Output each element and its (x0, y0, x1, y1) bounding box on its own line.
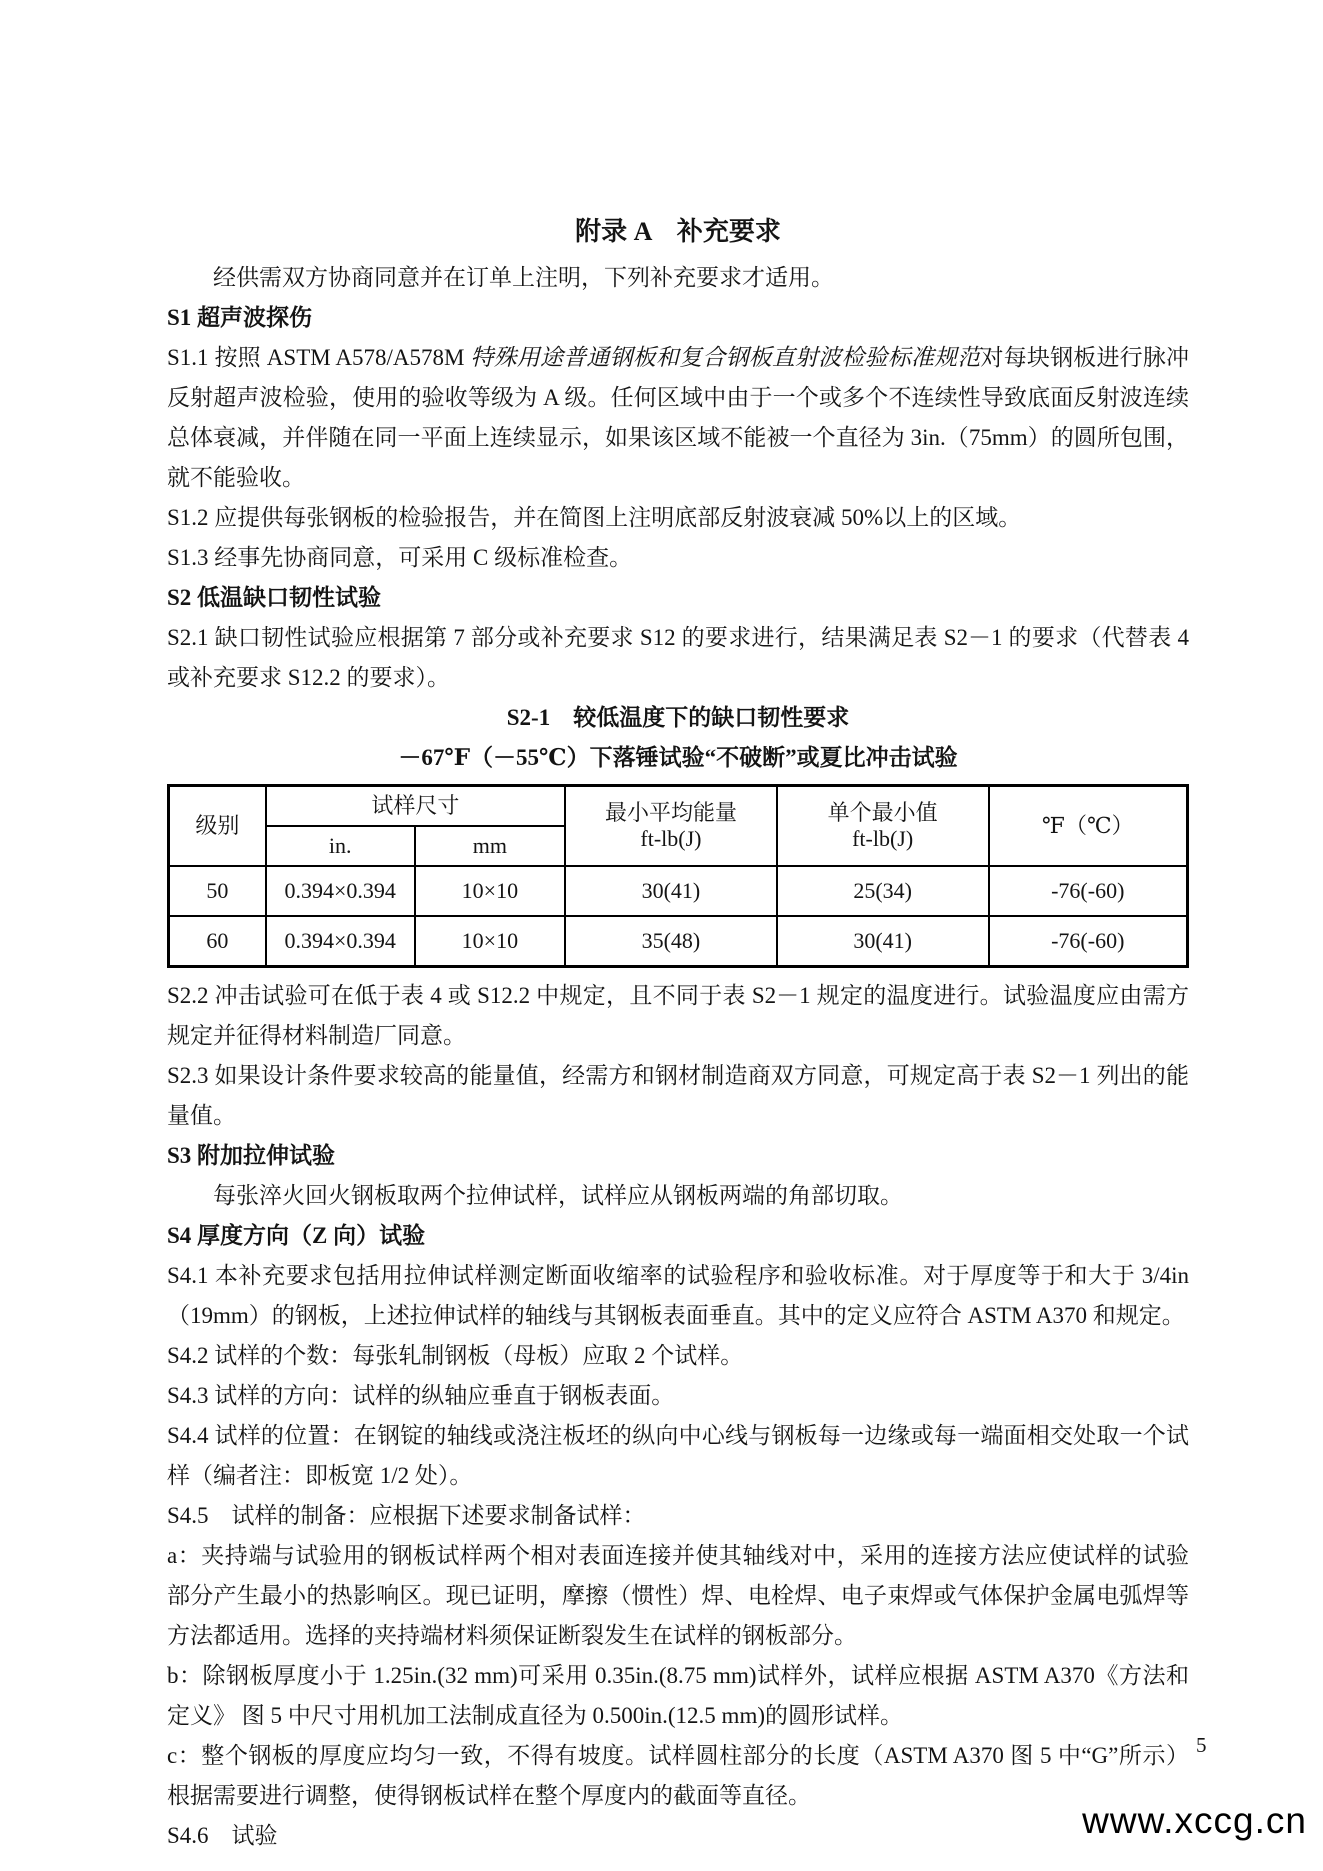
paragraph-s4-5-b: b：除钢板厚度小于 1.25in.(32 mm)可采用 0.35in.(8.75… (167, 1656, 1189, 1736)
header-single-min-line1: 单个最小值 (780, 800, 986, 826)
header-single-min: 单个最小值 ft-lb(J) (777, 786, 989, 866)
heading-s4: S4 厚度方向（Z 向）试验 (167, 1216, 1189, 1256)
paragraph-s4-6: S4.6 试验 (167, 1816, 1189, 1856)
page-number: 5 (1196, 1733, 1207, 1758)
watermark-url: www.xccg.cn (1082, 1800, 1307, 1842)
heading-s3: S3 附加拉伸试验 (167, 1136, 1189, 1176)
paragraph-s4-5-c: c：整个钢板的厚度应均匀一致，不得有坡度。试样圆柱部分的长度（ASTM A370… (167, 1736, 1189, 1816)
cell-grade: 60 (169, 916, 266, 967)
header-size-in: in. (266, 826, 415, 866)
table-row-grade-50: 50 0.394×0.394 10×10 30(41) 25(34) -76(-… (169, 866, 1188, 916)
header-min-avg: 最小平均能量 ft-lb(J) (565, 786, 777, 866)
cell-single-min: 25(34) (777, 866, 989, 916)
header-single-min-line2: ft-lb(J) (780, 826, 986, 852)
paragraph-s4-2: S4.2 试样的个数：每张轧制钢板（母板）应取 2 个试样。 (167, 1336, 1189, 1376)
cell-temp: -76(-60) (989, 916, 1188, 967)
document-page: 附录 A 补充要求 经供需双方协商同意并在订单上注明，下列补充要求才适用。 S1… (0, 0, 1323, 1871)
table-subtitle: －67℉（－55℃）下落锤试验“不破断”或夏比冲击试验 (167, 738, 1189, 778)
page-title: 附录 A 补充要求 (167, 212, 1189, 252)
paragraph-s4-3: S4.3 试样的方向：试样的纵轴应垂直于钢板表面。 (167, 1376, 1189, 1416)
heading-s1: S1 超声波探伤 (167, 298, 1189, 338)
cell-size-mm: 10×10 (415, 916, 565, 967)
header-grade: 级别 (169, 786, 266, 866)
paragraph-s1-2: S1.2 应提供每张钢板的检验报告，并在简图上注明底部反射波衰减 50%以上的区… (167, 498, 1189, 538)
paragraph-s3-body: 每张淬火回火钢板取两个拉伸试样，试样应从钢板两端的角部切取。 (167, 1176, 1189, 1216)
heading-s2: S2 低温缺口韧性试验 (167, 578, 1189, 618)
paragraph-s1-1: S1.1 按照 ASTM A578/A578M 特殊用途普通钢板和复合钢板直射波… (167, 338, 1189, 498)
table-title: S2-1 较低温度下的缺口韧性要求 (167, 698, 1189, 738)
cell-min-avg: 35(48) (565, 916, 777, 967)
cell-size-mm: 10×10 (415, 866, 565, 916)
paragraph-s4-5-a: a：夹持端与试验用的钢板试样两个相对表面连接并使其轴线对中，采用的连接方法应使试… (167, 1536, 1189, 1656)
paragraph-s1-3: S1.3 经事先协商同意，可采用 C 级标准检查。 (167, 538, 1189, 578)
paragraph-s4-5: S4.5 试样的制备：应根据下述要求制备试样： (167, 1496, 1189, 1536)
header-temperature: ℉（℃） (989, 786, 1188, 866)
paragraph-s4-1: S4.1 本补充要求包括用拉伸试样测定断面收缩率的试验程序和验收标准。对于厚度等… (167, 1256, 1189, 1336)
cell-min-avg: 30(41) (565, 866, 777, 916)
header-min-avg-line1: 最小平均能量 (568, 800, 774, 826)
table-s2-1: 级别 试样尺寸 最小平均能量 ft-lb(J) 单个最小值 ft-lb(J) ℉… (167, 784, 1189, 968)
table-row-grade-60: 60 0.394×0.394 10×10 35(48) 30(41) -76(-… (169, 916, 1188, 967)
cell-size-in: 0.394×0.394 (266, 916, 415, 967)
header-size-mm: mm (415, 826, 565, 866)
header-min-avg-line2: ft-lb(J) (568, 826, 774, 852)
cell-temp: -76(-60) (989, 866, 1188, 916)
paragraph-s1-1-standard-name: 特殊用途普通钢板和复合钢板直射波检验标准规范 (470, 345, 980, 370)
paragraph-intro: 经供需双方协商同意并在订单上注明，下列补充要求才适用。 (167, 258, 1189, 298)
paragraph-s1-1-prefix: S1.1 按照 ASTM A578/A578M (167, 345, 470, 370)
document-content: 附录 A 补充要求 经供需双方协商同意并在订单上注明，下列补充要求才适用。 S1… (167, 212, 1189, 1856)
paragraph-s4-4: S4.4 试样的位置：在钢锭的轴线或浇注板坯的纵向中心线与钢板每一边缘或每一端面… (167, 1416, 1189, 1496)
cell-single-min: 30(41) (777, 916, 989, 967)
header-size: 试样尺寸 (266, 786, 565, 826)
cell-size-in: 0.394×0.394 (266, 866, 415, 916)
paragraph-s2-2: S2.2 冲击试验可在低于表 4 或 S12.2 中规定，且不同于表 S2－1 … (167, 976, 1189, 1056)
cell-grade: 50 (169, 866, 266, 916)
paragraph-s2-1: S2.1 缺口韧性试验应根据第 7 部分或补充要求 S12 的要求进行，结果满足… (167, 618, 1189, 698)
paragraph-s2-3: S2.3 如果设计条件要求较高的能量值，经需方和钢材制造商双方同意，可规定高于表… (167, 1056, 1189, 1136)
table-header-row-1: 级别 试样尺寸 最小平均能量 ft-lb(J) 单个最小值 ft-lb(J) ℉… (169, 786, 1188, 826)
